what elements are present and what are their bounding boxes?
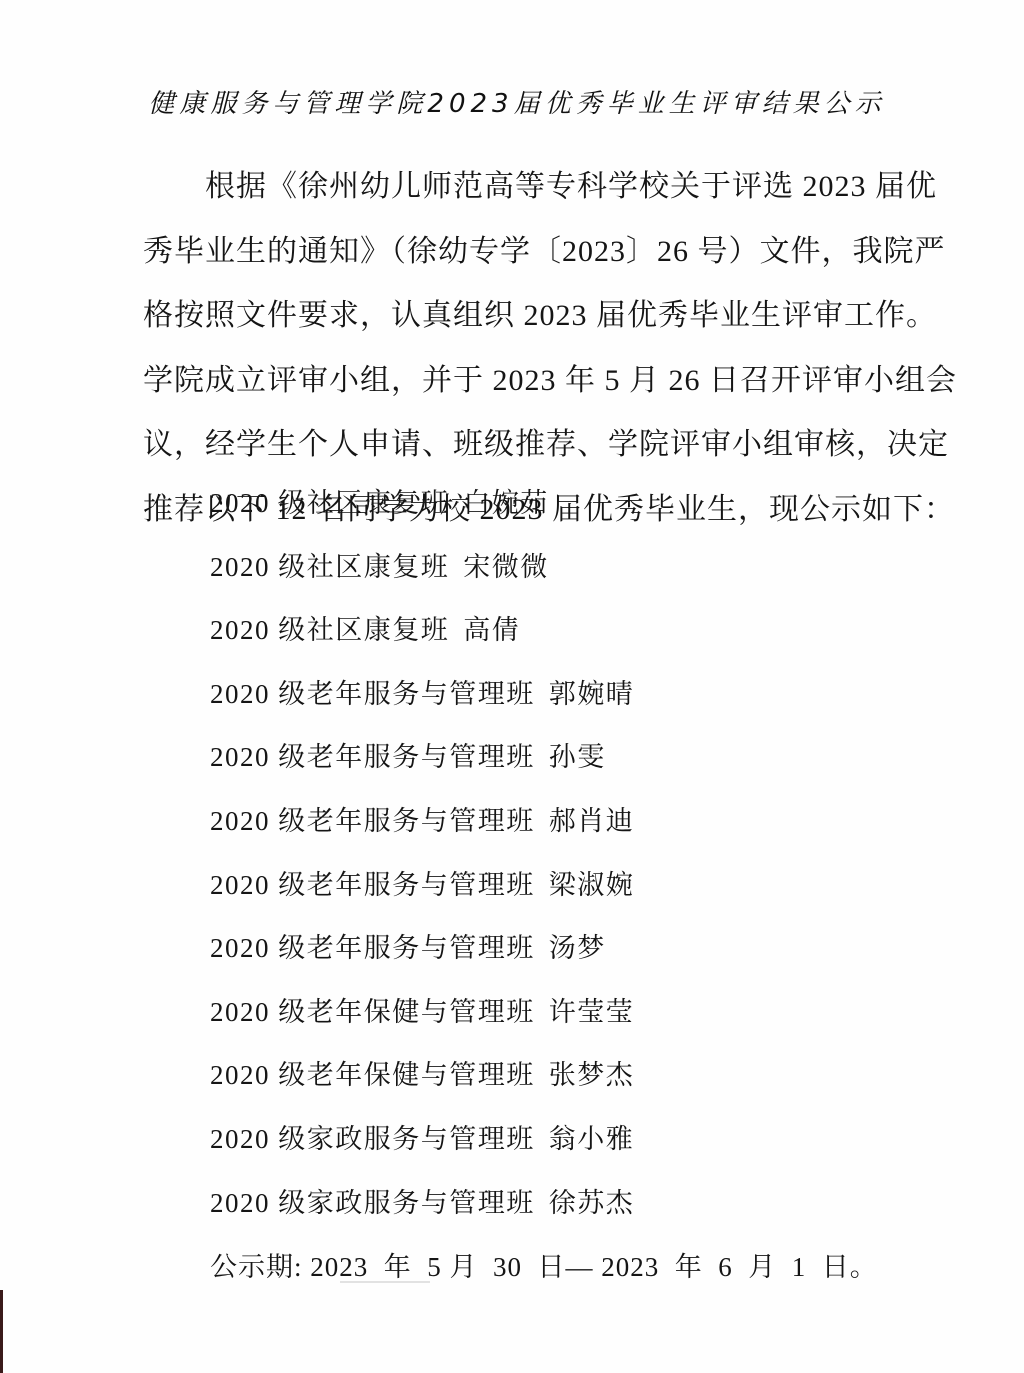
student-name: 郝肖迪: [549, 806, 635, 836]
student-class: 2020 级社区康复班: [210, 615, 449, 645]
student-class: 2020 级老年服务与管理班: [210, 806, 535, 836]
intro-line: 学院成立评审小组，并于 2023 年 5 月 26 日召开评审小组会: [143, 349, 918, 414]
intro-line: 根据《徐州幼儿师范高等专科学校关于评选 2023 届优: [143, 155, 918, 220]
student-name: 汤梦: [549, 933, 606, 963]
student-name: 梁淑婉: [549, 870, 635, 900]
student-entry: 2020 级社区康复班高倩: [210, 599, 910, 663]
student-class: 2020 级社区康复班: [210, 552, 449, 582]
student-name: 宋微微: [463, 552, 549, 582]
student-entry: 2020 级老年服务与管理班孙雯: [210, 726, 910, 790]
publicity-period: 公示期: 2023 年 5 月 30 日— 2023 年 6 月 1 日。: [210, 1237, 878, 1297]
student-entry: 2020 级家政服务与管理班翁小雅: [210, 1108, 910, 1172]
student-entry: 2020 级社区康复班白婉茹: [210, 472, 910, 536]
student-name: 白婉茹: [463, 488, 549, 518]
scan-artifact: [340, 1281, 430, 1283]
student-entry: 2020 级社区康复班宋微微: [210, 536, 910, 600]
student-class: 2020 级家政服务与管理班: [210, 1188, 535, 1218]
student-class: 2020 级老年保健与管理班: [210, 997, 535, 1027]
scan-edge: [0, 1290, 3, 1373]
student-entry: 2020 级家政服务与管理班徐苏杰: [210, 1172, 910, 1236]
document-page: 健康服务与管理学院2023届优秀毕业生评审结果公示 根据《徐州幼儿师范高等专科学…: [0, 0, 1024, 1373]
document-title: 健康服务与管理学院2023届优秀毕业生评审结果公示: [0, 82, 1024, 126]
student-entry: 2020 级老年服务与管理班汤梦: [210, 917, 910, 981]
intro-line: 格按照文件要求，认真组织 2023 届优秀毕业生评审工作。: [143, 284, 918, 349]
student-class: 2020 级社区康复班: [210, 488, 449, 518]
student-name: 翁小雅: [549, 1124, 635, 1154]
student-entry: 2020 级老年保健与管理班许莹莹: [210, 981, 910, 1045]
intro-line: 议，经学生个人申请、班级推荐、学院评审小组审核，决定: [143, 413, 918, 478]
student-name: 许莹莹: [549, 997, 635, 1027]
student-name: 张梦杰: [549, 1060, 635, 1090]
student-name: 徐苏杰: [549, 1188, 635, 1218]
student-class: 2020 级老年服务与管理班: [210, 933, 535, 963]
student-name: 郭婉晴: [549, 679, 635, 709]
intro-line: 秀毕业生的通知》（徐幼专学〔2023〕26 号）文件，我院严: [143, 220, 918, 285]
student-entry: 2020 级老年服务与管理班郝肖迪: [210, 790, 910, 854]
student-list: 2020 级社区康复班白婉茹 2020 级社区康复班宋微微 2020 级社区康复…: [210, 472, 910, 1235]
student-class: 2020 级老年服务与管理班: [210, 742, 535, 772]
student-entry: 2020 级老年服务与管理班梁淑婉: [210, 854, 910, 918]
student-class: 2020 级老年保健与管理班: [210, 1060, 535, 1090]
student-name: 高倩: [463, 615, 520, 645]
student-class: 2020 级老年服务与管理班: [210, 679, 535, 709]
student-name: 孙雯: [549, 742, 606, 772]
student-class: 2020 级老年服务与管理班: [210, 870, 535, 900]
student-class: 2020 级家政服务与管理班: [210, 1124, 535, 1154]
student-entry: 2020 级老年服务与管理班郭婉晴: [210, 663, 910, 727]
student-entry: 2020 级老年保健与管理班张梦杰: [210, 1044, 910, 1108]
